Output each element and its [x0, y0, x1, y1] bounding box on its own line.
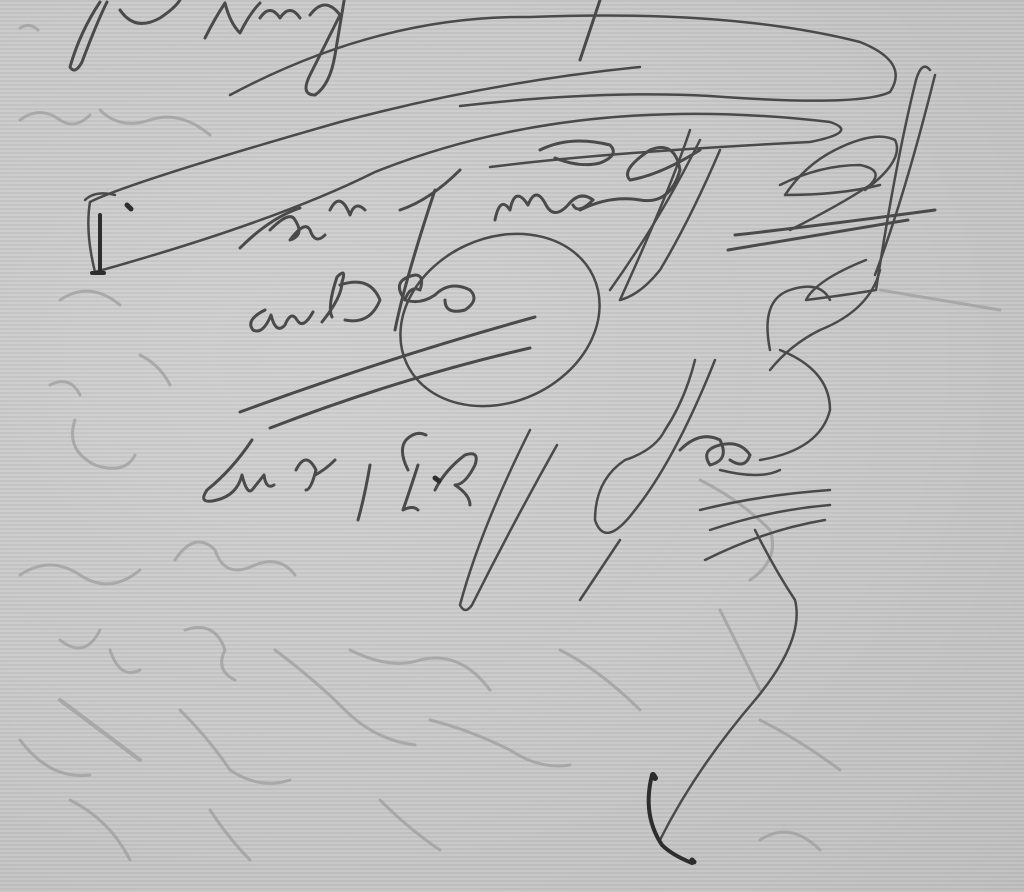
bleed-through-writing — [20, 25, 1000, 860]
signature-3 — [204, 360, 780, 610]
right-flourish — [610, 67, 935, 370]
manuscript-page: ...je ... [illegible cursive, cut off at… — [0, 0, 1024, 892]
descending-paraph — [649, 350, 830, 863]
handwriting-layer — [0, 0, 1024, 892]
signature-2 — [240, 202, 628, 438]
